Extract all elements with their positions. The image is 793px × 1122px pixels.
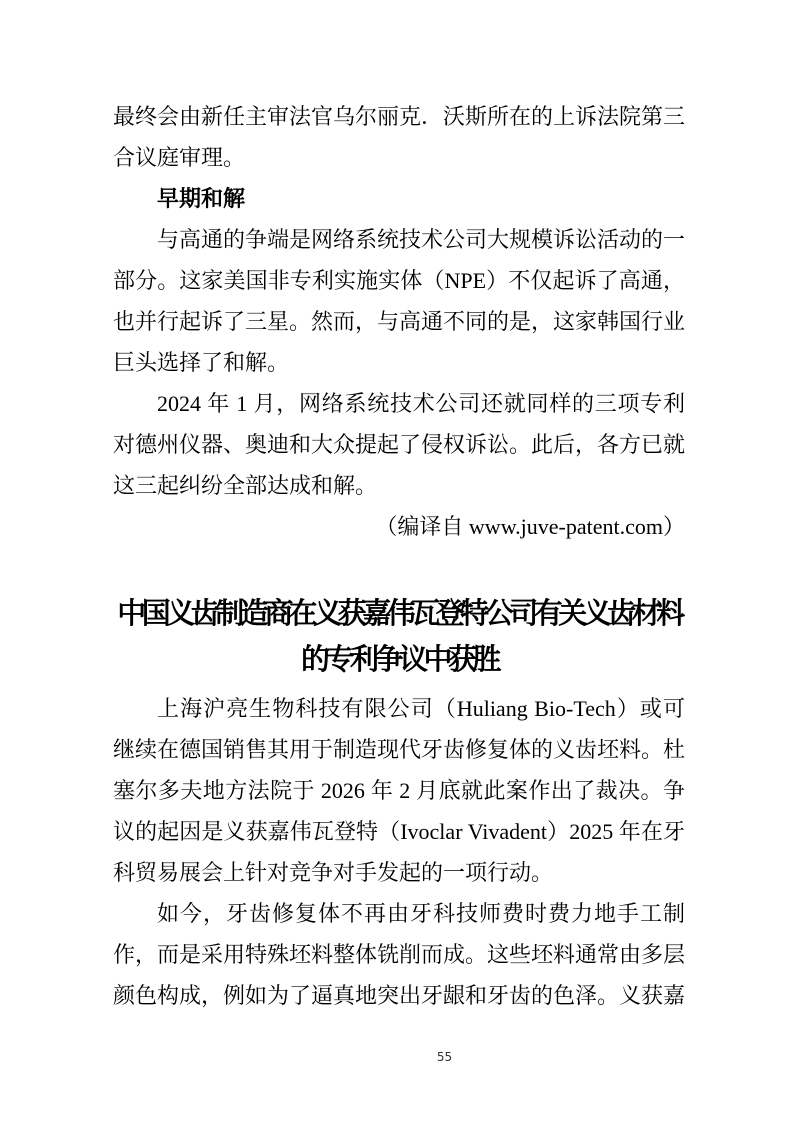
paragraph-qualcomm-2: 2024 年 1 月，网络系统技术公司还就同样的三项专利对德州仪器、奥迪和大众提… [113,383,685,506]
continuation-paragraph: 最终会由新任主审法官乌尔丽克．沃斯所在的上诉法院第三合议庭审理。 [113,96,685,178]
article-title: 中国义齿制造商在义获嘉伟瓦登特公司有关义齿材料的专利争议中获胜 [113,590,685,682]
section-subheading: 早期和解 [113,178,685,219]
document-page: 最终会由新任主审法官乌尔丽克．沃斯所在的上诉法院第三合议庭审理。 早期和解 与高… [0,0,793,1122]
paragraph-qualcomm-1: 与高通的争端是网络系统技术公司大规模诉讼活动的一部分。这家美国非专利实施实体（N… [113,219,685,383]
page-text-block: 最终会由新任主审法官乌尔丽克．沃斯所在的上诉法院第三合议庭审理。 早期和解 与高… [113,96,685,1016]
paragraph-dental-2: 如今，牙齿修复体不再由牙科技师费时费力地手工制作，而是采用特殊坯料整体铣削而成。… [113,893,685,1016]
page-number: 55 [48,1050,793,1064]
source-attribution: （编译自 www.juve-patent.com） [113,506,685,547]
paragraph-dental-1: 上海沪亮生物科技有限公司（Huliang Bio-Tech）或可继续在德国销售其… [113,688,685,893]
